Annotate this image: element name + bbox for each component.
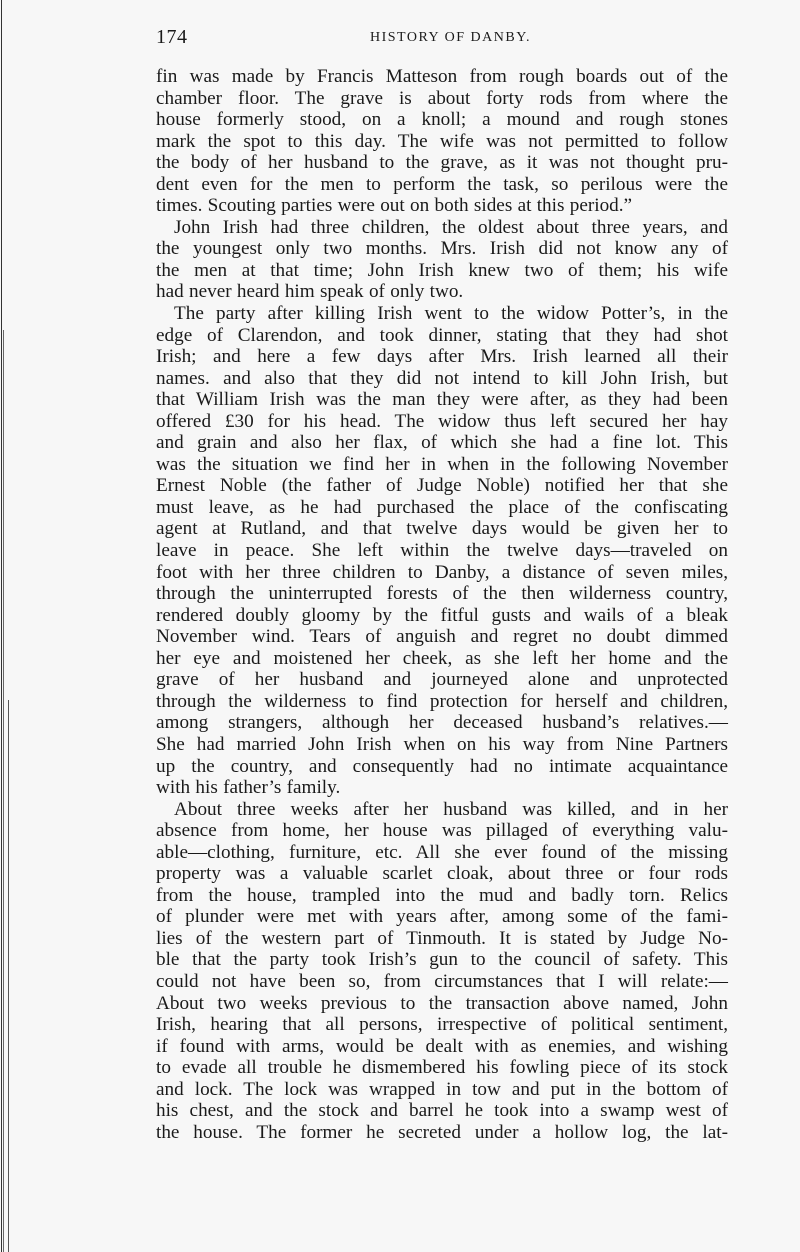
book-page: 174 HISTORY OF DANBY. fin was made by Fr… <box>156 26 728 1143</box>
text-line: property was a valuable scarlet cloak, a… <box>156 863 728 885</box>
text-line: lies of the western part of Tinmouth. It… <box>156 928 728 950</box>
text-line: leave in peace. She left within the twel… <box>156 540 728 562</box>
gutter-line <box>3 330 4 1252</box>
text-line: from the house, trampled into the mud an… <box>156 885 728 907</box>
text-line: times. Scouting parties were out on both… <box>156 195 728 217</box>
text-line: could not have been so, from circumstanc… <box>156 971 728 993</box>
text-line: edge of Clarendon, and took dinner, stat… <box>156 325 728 347</box>
text-line: through the uninterrupted forests of the… <box>156 583 728 605</box>
text-line: names. and also that they did not intend… <box>156 368 728 390</box>
text-line: About two weeks previous to the transact… <box>156 993 728 1015</box>
text-line: grave of her husband and journeyed alone… <box>156 669 728 691</box>
text-line: able—clothing, furniture, etc. All she e… <box>156 842 728 864</box>
text-line: his chest, and the stock and barrel he t… <box>156 1100 728 1122</box>
gutter-line <box>1 0 2 1252</box>
running-head: 174 HISTORY OF DANBY. <box>156 26 728 50</box>
text-line: if found with arms, would be dealt with … <box>156 1036 728 1058</box>
text-line: the house. The former he secreted under … <box>156 1122 728 1144</box>
text-line: dent even for the men to perform the tas… <box>156 174 728 196</box>
text-line: up the country, and consequently had no … <box>156 756 728 778</box>
text-line: her eye and moistened her cheek, as she … <box>156 648 728 670</box>
body-text: fin was made by Francis Matteson from ro… <box>156 66 728 1143</box>
text-line: and lock. The lock was wrapped in tow an… <box>156 1079 728 1101</box>
text-line: ble that the party took Irish’s gun to t… <box>156 949 728 971</box>
text-line: that William Irish was the man they were… <box>156 389 728 411</box>
text-line: agent at Rutland, and that twelve days w… <box>156 518 728 540</box>
text-line: mark the spot to this day. The wife was … <box>156 131 728 153</box>
text-line: was the situation we find her in when in… <box>156 454 728 476</box>
text-line: Irish, hearing that all persons, irrespe… <box>156 1014 728 1036</box>
text-line: absence from home, her house was pillage… <box>156 820 728 842</box>
text-line: through the wilderness to find protectio… <box>156 691 728 713</box>
book-gutter <box>0 0 12 1252</box>
text-line: chamber floor. The grave is about forty … <box>156 88 728 110</box>
gutter-line <box>8 700 9 1252</box>
text-line: rendered doubly gloomy by the fitful gus… <box>156 605 728 627</box>
text-line: offered £30 for his head. The widow thus… <box>156 411 728 433</box>
text-line: She had married John Irish when on his w… <box>156 734 728 756</box>
text-line: John Irish had three children, the oldes… <box>156 217 728 239</box>
text-line: the youngest only two months. Mrs. Irish… <box>156 238 728 260</box>
text-line: with his father’s family. <box>156 777 728 799</box>
text-line: of plunder were met with years after, am… <box>156 906 728 928</box>
running-title: HISTORY OF DANBY. <box>370 30 531 46</box>
text-line: among strangers, although her deceased h… <box>156 712 728 734</box>
text-line: November wind. Tears of anguish and regr… <box>156 626 728 648</box>
text-line: The party after killing Irish went to th… <box>156 303 728 325</box>
text-line: must leave, as he had purchased the plac… <box>156 497 728 519</box>
page-number: 174 <box>156 26 188 49</box>
text-line: the men at that time; John Irish knew tw… <box>156 260 728 282</box>
text-line: and grain and also her flax, of which sh… <box>156 432 728 454</box>
text-line: Irish; and here a few days after Mrs. Ir… <box>156 346 728 368</box>
text-line: had never heard him speak of only two. <box>156 281 728 303</box>
text-line: the body of her husband to the grave, as… <box>156 152 728 174</box>
text-line: house formerly stood, on a knoll; a moun… <box>156 109 728 131</box>
text-line: Ernest Noble (the father of Judge Noble)… <box>156 475 728 497</box>
text-line: About three weeks after her husband was … <box>156 799 728 821</box>
text-line: fin was made by Francis Matteson from ro… <box>156 66 728 88</box>
text-line: foot with her three children to Danby, a… <box>156 562 728 584</box>
text-line: to evade all trouble he dismembered his … <box>156 1057 728 1079</box>
